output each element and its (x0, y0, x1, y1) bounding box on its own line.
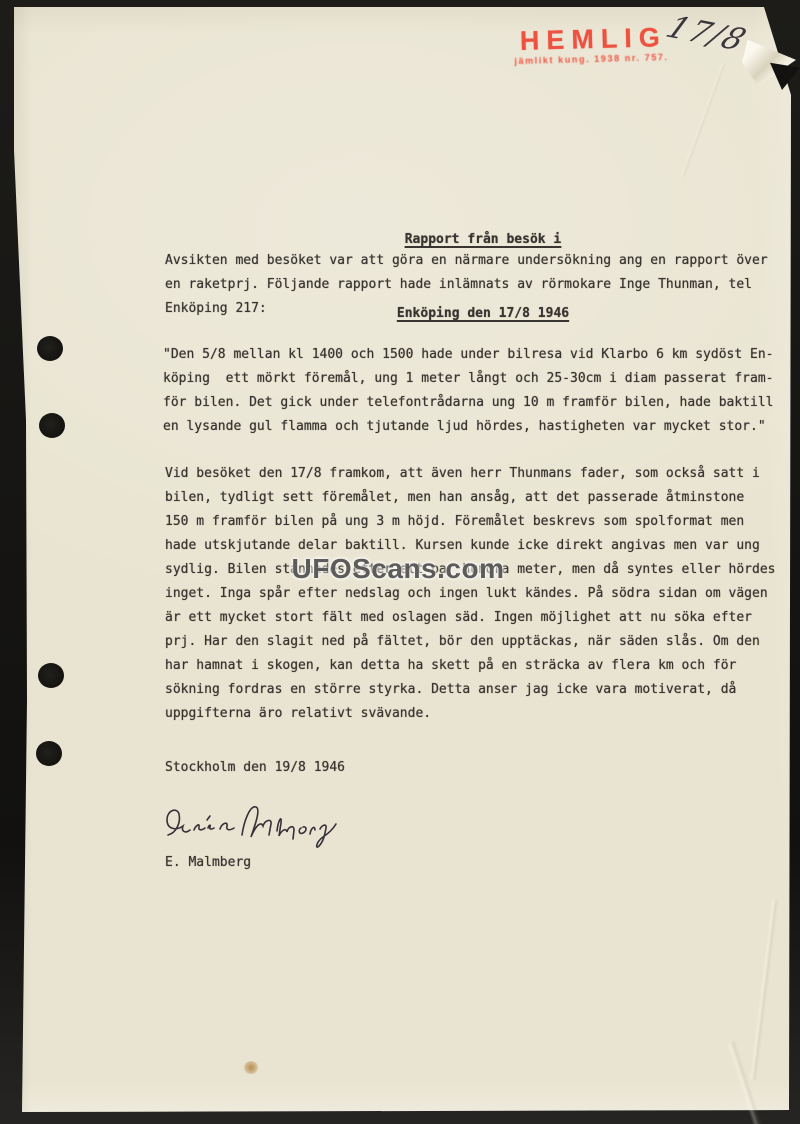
handwritten-signature (158, 793, 338, 855)
punch-hole (36, 741, 62, 766)
signature-ink-svg (158, 793, 338, 855)
punch-hole (37, 336, 63, 361)
paragraph-findings: Vid besöket den 17/8 framkom, att även h… (165, 462, 795, 726)
closing-dateline: Stockholm den 19/8 1946 (165, 756, 565, 780)
punch-hole (39, 413, 65, 438)
paragraph-witness-quote: "Den 5/8 mellan kl 1400 och 1500 hade un… (163, 343, 795, 439)
hemlig-stamp: HEMLIG jämlikt kung. 1938 nr. 757. (520, 24, 669, 66)
typed-signature-name: E. Malmberg (165, 851, 465, 875)
scanned-document-page: HEMLIG jämlikt kung. 1938 nr. 757. 17/8 … (0, 0, 800, 1124)
stamp-title: HEMLIG (520, 24, 669, 54)
watermark: UFOScans.com (288, 551, 508, 587)
paper-stain (243, 1061, 259, 1074)
paragraph-intro: Avsikten med besöket var att göra en när… (165, 249, 793, 321)
punch-hole (38, 663, 64, 688)
